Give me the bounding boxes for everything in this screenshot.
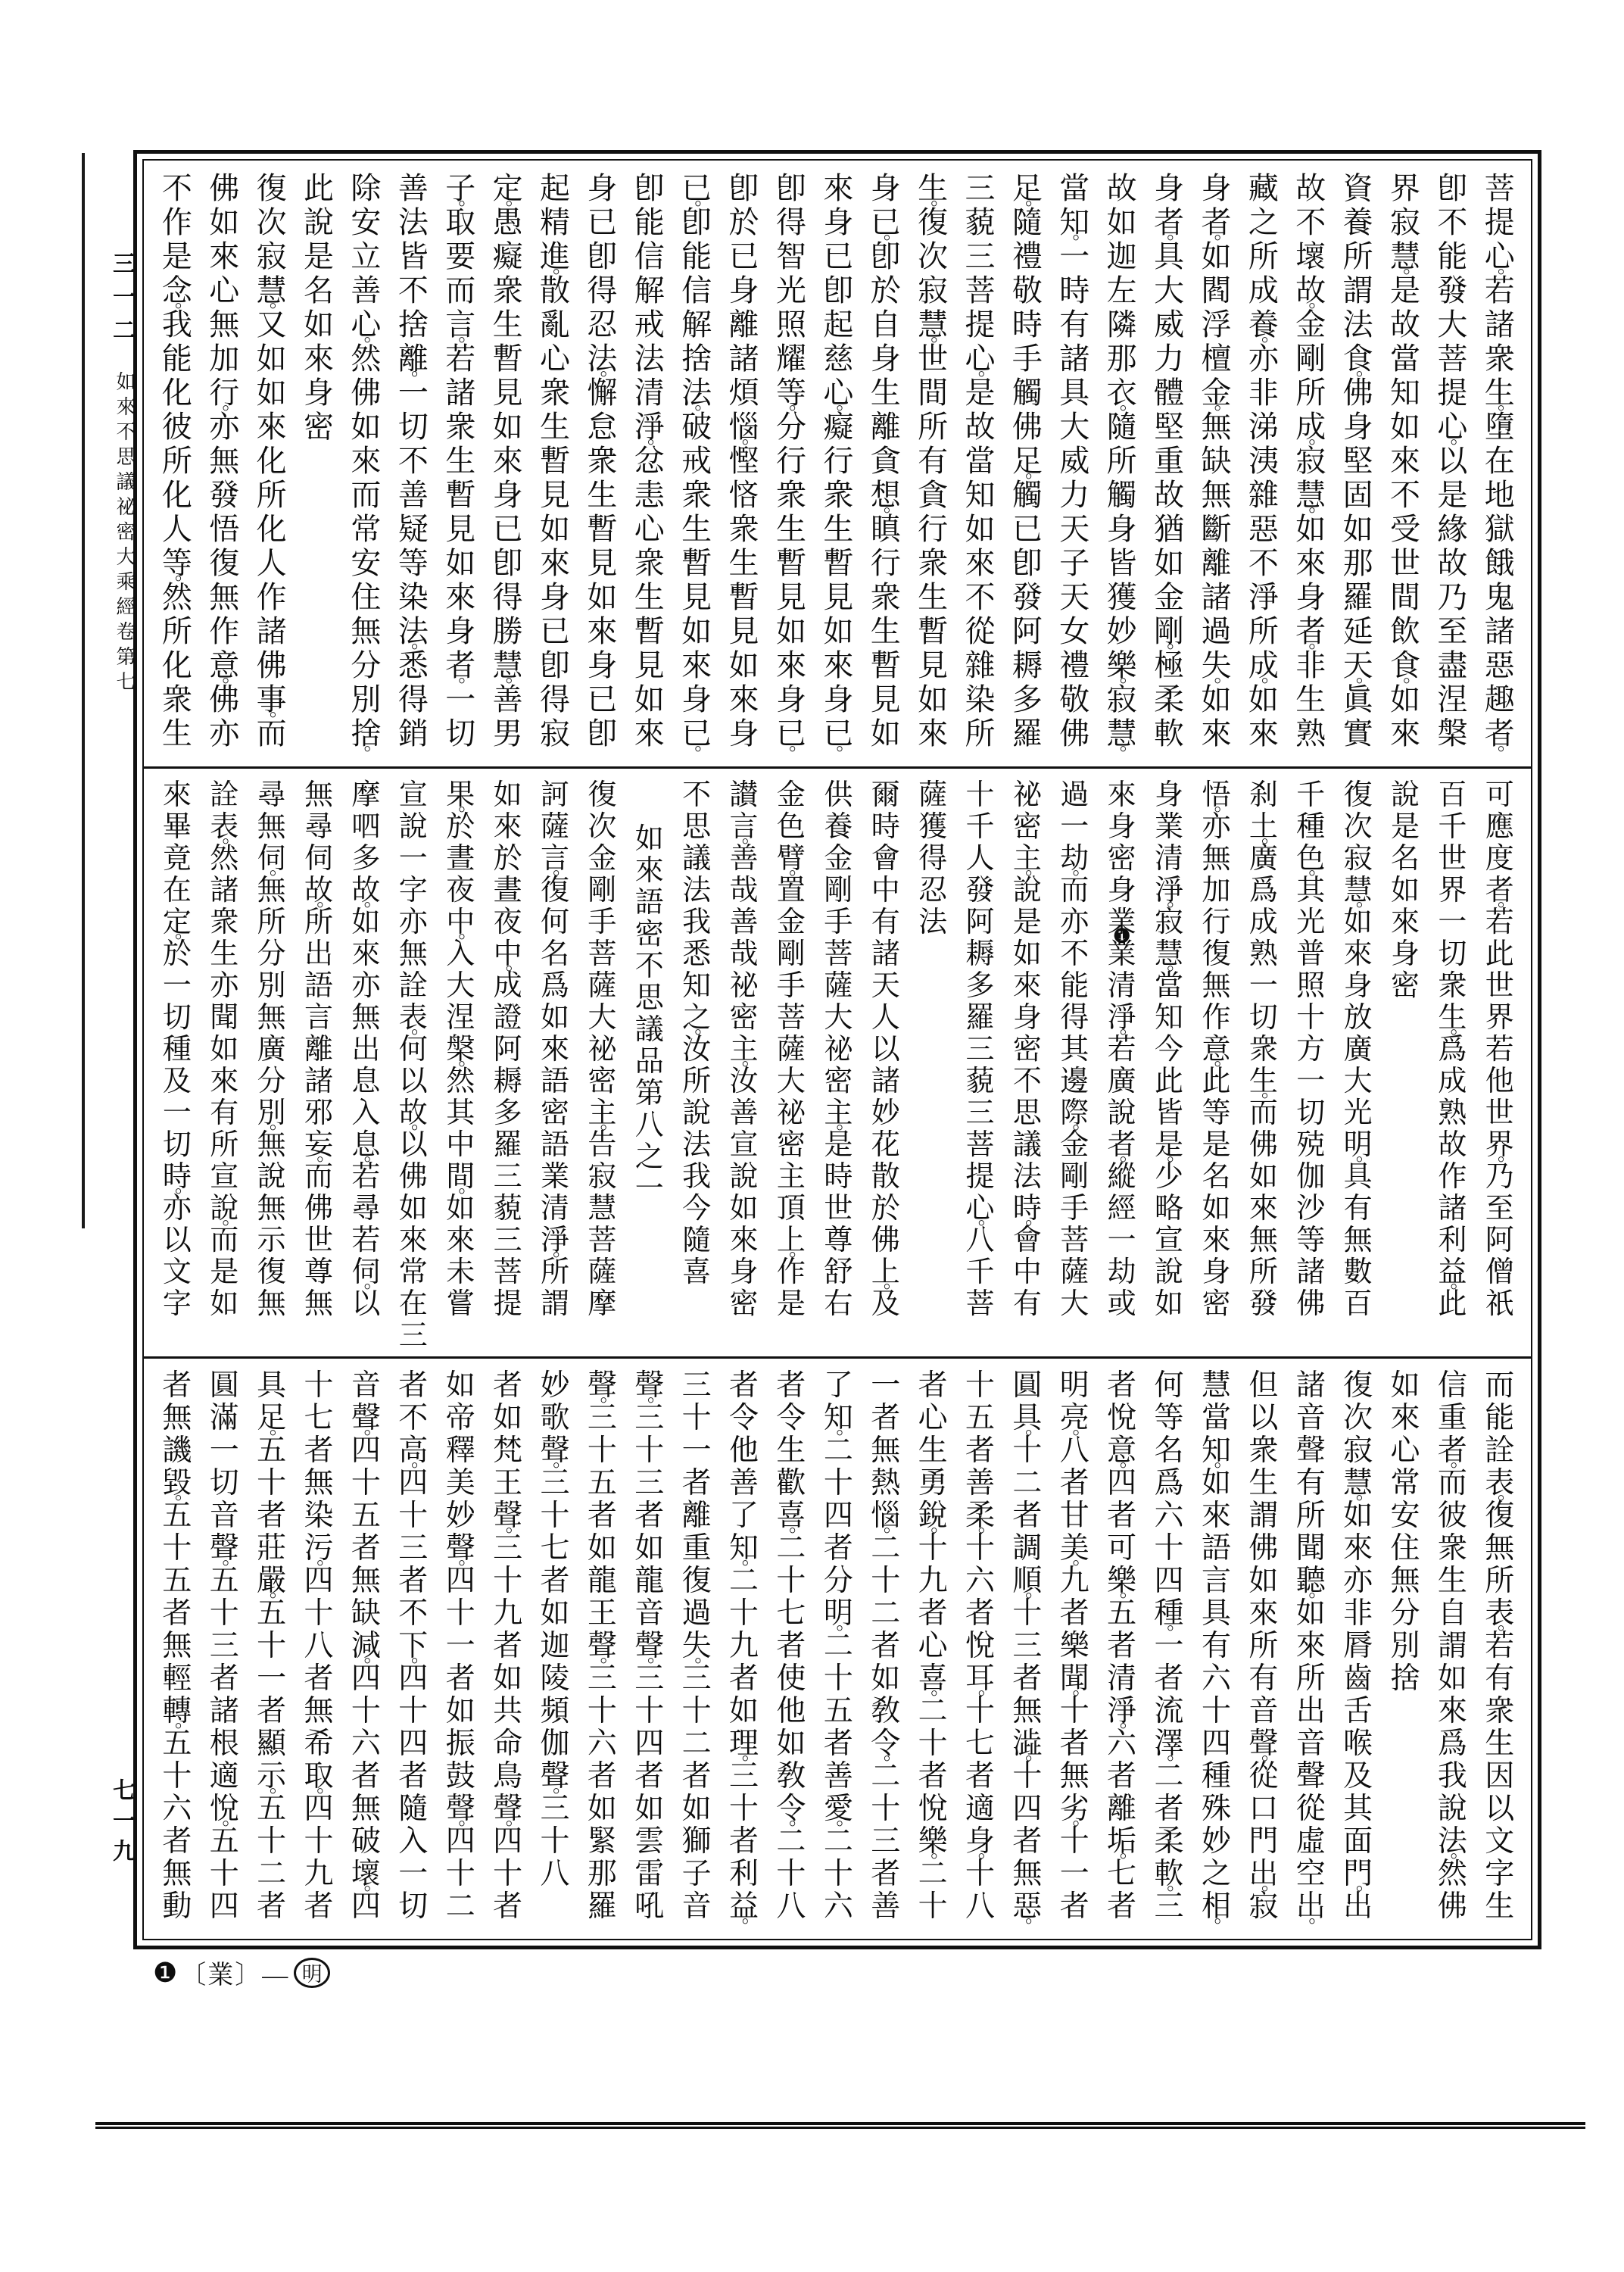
text-column: 明亮。八者甘美。九者樂聞。十者無劣。十一者 xyxy=(1051,1369,1098,1939)
text-column: 此說是名如來身密 xyxy=(295,171,342,766)
text-column: 摩呬多故。如來亦無出息入息。若尋若伺。以 xyxy=(342,779,389,1356)
register-middle: 可應度者。若此世界若他世界。乃至阿僧祇百千世界一切衆生。爲成熟故作諸利益。此說是… xyxy=(144,766,1531,1356)
text-column: 已。卽能信解捨法。破戒衆生暫見如來身已。 xyxy=(673,171,720,766)
text-column: 起精進。散亂心衆生暫見如來身已卽得寂 xyxy=(531,171,578,766)
text-column: 來身已卽起慈心。癡行衆生暫見如來身已。 xyxy=(815,171,862,766)
text-column: 具足。五十者莊嚴。五十一者顯示。五十二者 xyxy=(248,1369,295,1939)
text-frame: 菩提心。若諸衆生。墮在地獄餓鬼諸惡趣者。卽不能發大菩提心。以是緣故乃至盡涅槃界寂… xyxy=(133,150,1541,1949)
text-column: 除安立善心。然佛如來而常安住無分別捨。 xyxy=(342,171,389,766)
text-column: 卽能信解戒法清淨。忿恚心衆生暫見如來 xyxy=(626,171,673,766)
text-column: 故不壞故。金剛所成。寂慧。如來身者。非生熟 xyxy=(1287,171,1334,766)
text-column: 何等名爲六十四種。一者流澤。二者柔軟。三 xyxy=(1146,1369,1192,1939)
text-column: 千種色。其光普照十方一切殑伽沙等諸佛 xyxy=(1287,779,1334,1356)
text-column: 但以衆生謂佛如來所有音聲。從口門出。寂 xyxy=(1240,1369,1287,1939)
text-column: 身者。具大威力體堅重故猶如金剛。極柔軟 xyxy=(1146,171,1192,766)
text-column: 三藐三菩提心。是故當知如來不從雜染所 xyxy=(956,171,1003,766)
text-column: 十千人發阿耨多羅三藐三菩提心。八千菩 xyxy=(956,779,1003,1356)
text-column: 而能詮表。復無所表。若有衆生因以文字生 xyxy=(1476,1369,1523,1939)
text-column: 金色臂。置金剛手菩薩大祕密主頂上。作是 xyxy=(768,779,815,1356)
text-column: 資養所謂法食。佛身堅固如那羅延天。眞實 xyxy=(1334,171,1381,766)
text-column: 子。取要而言。若諸衆生暫見如來身者。一切 xyxy=(437,171,484,766)
page-gutter-line xyxy=(82,153,85,1228)
text-column: 界寂慧。是故當知如來不受世間飲食。如來 xyxy=(1382,171,1429,766)
text-column: 當知。一時有諸具大威力天子天女禮敬佛 xyxy=(1051,171,1098,766)
text-column: 聲。三十五者如龍王聲。三十六者如緊那羅 xyxy=(578,1369,625,1939)
text-column: 如帝釋美妙聲。四十一者如振鼓聲。四十二 xyxy=(437,1369,484,1939)
text-column: 卽於已身離諸煩惱。慳悋衆生暫見如來身 xyxy=(720,171,767,766)
text-frame-inner-border: 菩提心。若諸衆生。墮在地獄餓鬼諸惡趣者。卽不能發大菩提心。以是緣故乃至盡涅槃界寂… xyxy=(142,159,1532,1940)
text-column: 悟。亦無加行復無作意。此等是名如來身密 xyxy=(1192,779,1239,1356)
text-column: 定。愚癡衆生暫見如來身已卽得勝慧。善男 xyxy=(484,171,531,766)
text-column: 者悅意。四者可樂。五者清淨。六者離垢。七者 xyxy=(1098,1369,1145,1939)
text-column: 三十一者離重復過失。三十二者如獅子音 xyxy=(673,1369,720,1939)
text-column: 供養金剛手菩薩大祕密主。是時世尊舒右 xyxy=(815,779,862,1356)
apparatus-footnote: ❶ 〔業〕— 明 xyxy=(153,1954,330,1991)
text-column: 讃言。善哉善哉祕密主。汝善宣說如來身密 xyxy=(720,779,767,1356)
text-column: 不思議法我悉知之。汝所說法我今隨喜 xyxy=(673,779,720,1356)
footnote-text: 〔業〕— xyxy=(180,1954,289,1991)
text-column: 音聲。四十五者無缺減。四十六者無破壞。四 xyxy=(342,1369,389,1939)
text-column: 如來心常安住無分別捨 xyxy=(1382,1369,1429,1939)
text-column: 百千世界一切衆生。爲成熟故作諸利益。此 xyxy=(1429,779,1476,1356)
text-column: 身已。卽於自身生離貪想。瞋行衆生暫見如 xyxy=(862,171,909,766)
text-column: 復次金剛手菩薩大祕密主。告寂慧菩薩摩 xyxy=(578,779,625,1356)
text-column: 薩獲得忍法 xyxy=(909,779,956,1356)
text-column: 身業清淨。寂慧。當知今此皆是。少略宣說如 xyxy=(1146,779,1192,1356)
text-column: 來畢竟在定。於一切種及一切時。亦以文字 xyxy=(154,779,201,1356)
text-column: 如來於晝夜中。成證阿耨多羅三藐三菩提 xyxy=(484,779,531,1356)
register-top: 菩提心。若諸衆生。墮在地獄餓鬼諸惡趣者。卽不能發大菩提心。以是緣故乃至盡涅槃界寂… xyxy=(144,161,1531,766)
text-column: 足。隨禮敬時手觸佛足。觸已卽發阿耨多羅 xyxy=(1004,171,1051,766)
text-column: 者不高。四十三者不下。四十四者隨入一切 xyxy=(390,1369,437,1939)
text-column: 者如梵王聲。三十九者如共命鳥聲。四十者 xyxy=(484,1369,531,1939)
text-column: 不作是念。我能化彼所化人等。然所化衆生 xyxy=(154,171,201,766)
text-column: 復次寂慧。如來亦非脣齒舌喉及其面門。出 xyxy=(1334,1369,1381,1939)
text-column: 爾時會中有諸天人以諸妙花散於佛上。及 xyxy=(862,779,909,1356)
text-column: 故如迦左隣那衣。隨所觸身皆獲妙樂。寂慧。 xyxy=(1098,171,1145,766)
text-column: 身者。如閻浮檀金。無缺無斷離諸過失。如來 xyxy=(1192,171,1239,766)
text-column: 圓滿一切音聲。五十三者諸根適悅。五十四 xyxy=(201,1369,248,1939)
text-column: 說是名如來身密 xyxy=(1382,779,1429,1356)
text-column: 可應度者。若此世界若他世界。乃至阿僧祇 xyxy=(1476,779,1523,1356)
text-column: 卽得智光照耀等。分行衆生暫見如來身已。 xyxy=(768,171,815,766)
text-column: 十五者善柔。十六者悅耳。十七者適身。十八 xyxy=(956,1369,1003,1939)
text-column: 者令生歡喜。二十七者使他如敎令。二十八 xyxy=(768,1369,815,1939)
bottom-double-rule xyxy=(95,2122,1585,2129)
text-column: 者令他善了知。二十九者如理。三十者利益。 xyxy=(720,1369,767,1939)
text-column: 十七者無染污。四十八者無希取。四十九者 xyxy=(295,1369,342,1939)
chapter-heading-column: 如來語密不思議品第八之一 xyxy=(626,779,673,1356)
text-column: 尋無伺。無所分別無廣分別。無說無示復無 xyxy=(248,779,295,1356)
text-column: 者無譏毀。五十五者無輕轉。五十六者無動 xyxy=(154,1369,201,1939)
text-column: 菩提心。若諸衆生。墮在地獄餓鬼諸惡趣者。 xyxy=(1476,171,1523,766)
text-column: 妙歌聲。三十七者如迦陵頻伽聲。三十八 xyxy=(531,1369,578,1939)
text-column: 訶薩言。復何名爲如來語密語業清淨。所謂 xyxy=(531,779,578,1356)
text-column: 信重者。而彼衆生自謂如來爲我說法。然佛 xyxy=(1429,1369,1476,1939)
text-column: 祕密主。說是如來身密不思議法時。會中有 xyxy=(1004,779,1051,1356)
footnote-edition-badge: 明 xyxy=(294,1958,330,1988)
text-column: 復次寂慧。又如如來化所化人作諸佛事。而 xyxy=(248,171,295,766)
register-bottom: 而能詮表。復無所表。若有衆生因以文字生信重者。而彼衆生自謂如來爲我說法。然佛如來… xyxy=(144,1356,1531,1939)
text-column: 身已卽得忍法。懈怠衆生暫見如來身已卽 xyxy=(578,171,625,766)
text-column: 詮表。然諸衆生亦聞如來有所宣說。而是如 xyxy=(201,779,248,1356)
text-column: 果。於晝夜中。入大涅槃。然其中間。如來未嘗 xyxy=(437,779,484,1356)
text-column: 卽不能發大菩提心。以是緣故乃至盡涅槃 xyxy=(1429,171,1476,766)
text-column: 來身密身業❶業清淨。若廣說者。縱經一劫或 xyxy=(1098,779,1145,1356)
text-column: 善法皆不捨離。一切不善疑等染法。悉得銷 xyxy=(390,171,437,766)
text-column: 諸音聲有所聞聽。如來所出音聲從虛空出。 xyxy=(1287,1369,1334,1939)
footnote-marker-icon: ❶ xyxy=(153,1959,177,1986)
scanned-sutra-page: 三一二 如來不思議祕密大乘經卷第七 七一九 菩提心。若諸衆生。墮在地獄餓鬼諸惡趣… xyxy=(0,0,1624,2272)
text-column: 刹土。廣爲成熟一切衆生。而佛如來無所發 xyxy=(1240,779,1287,1356)
text-column: 復次寂慧。如來身放廣大光明。具有無數百 xyxy=(1334,779,1381,1356)
text-column: 了知。二十四者分明。二十五者善愛。二十六 xyxy=(815,1369,862,1939)
text-column: 圓具。十二者調順。十三者無澁。十四者無惡。 xyxy=(1004,1369,1051,1939)
text-column: 佛如來心無加行。亦無發悟復無作意。佛亦 xyxy=(201,171,248,766)
text-column: 聲。三十三者如龍音聲。三十四者如雲雷吼 xyxy=(626,1369,673,1939)
text-column: 一者無熱惱。二十二者如敎令。二十三者善 xyxy=(862,1369,909,1939)
text-column: 宣說一字亦無詮表。何以故。以佛如來常在三 xyxy=(390,779,437,1356)
text-column: 慧當知。如來語言具有六十四種殊妙之相。 xyxy=(1192,1369,1239,1939)
text-column: 藏之所成養。亦非涕洟雜惡不淨所成。如來 xyxy=(1240,171,1287,766)
text-column: 過一劫。而亦不能得其邊際。金剛手菩薩大 xyxy=(1051,779,1098,1356)
text-column: 生。復次寂慧。世間所有貪行衆生暫見如來 xyxy=(909,171,956,766)
text-column: 無尋伺故。所出語言離諸邪妄。而佛世尊無 xyxy=(295,779,342,1356)
text-column: 者心生勇銳。十九者心喜。二十者悅樂。二十 xyxy=(909,1369,956,1939)
